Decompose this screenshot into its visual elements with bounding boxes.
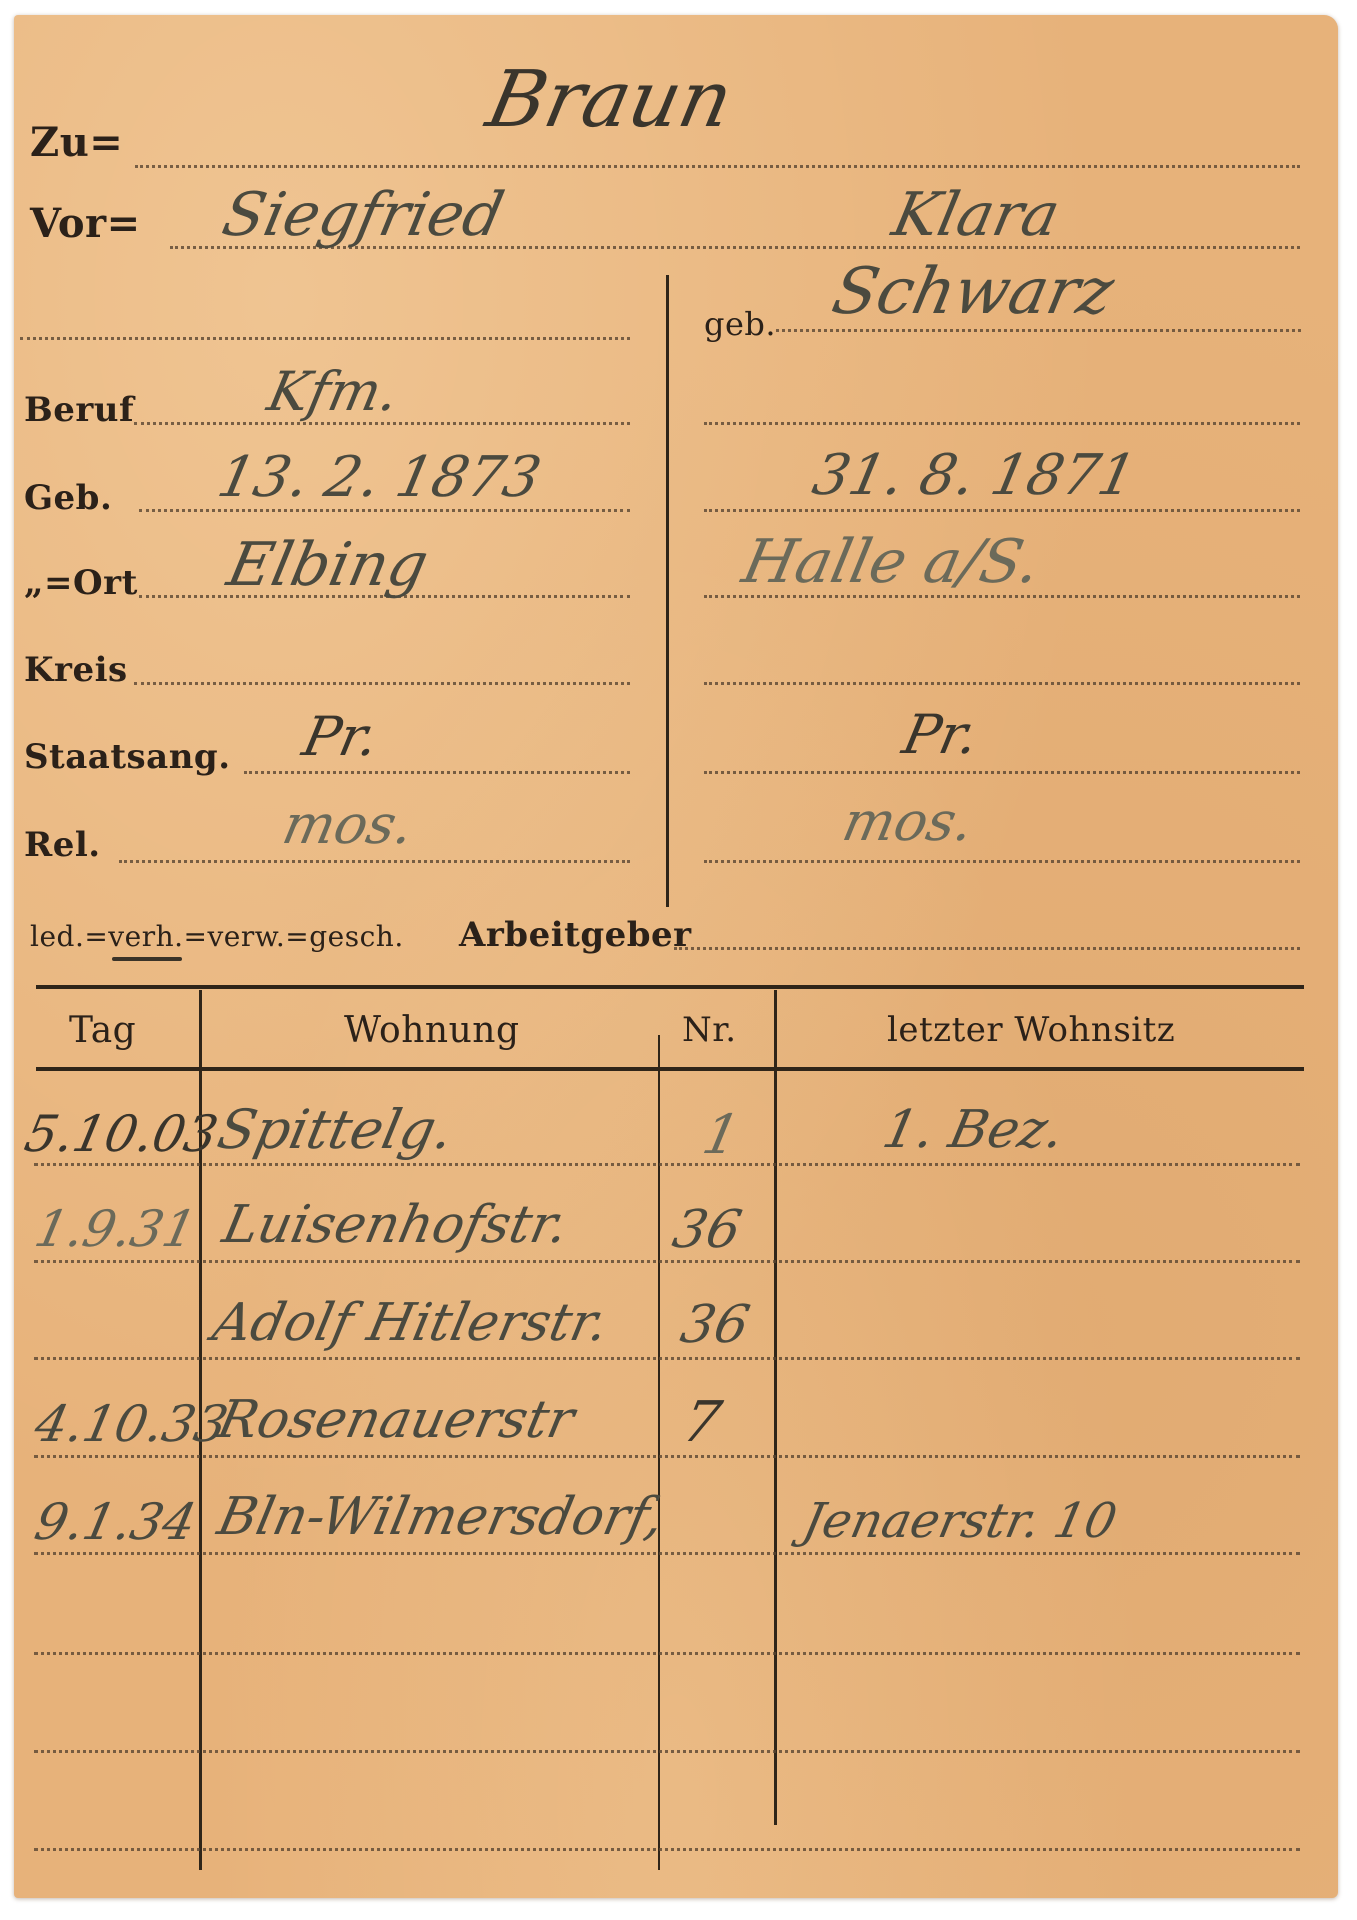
birth-date-line-right — [704, 509, 1300, 512]
center-divider — [666, 275, 669, 907]
husband-firstname: Siegfried — [217, 180, 510, 250]
wife-birth-date: 31. 8. 1871 — [807, 443, 1141, 508]
row-date: 5.10.03 — [20, 1105, 223, 1163]
header-date: Tag — [69, 1010, 136, 1051]
row-line — [34, 1750, 1300, 1753]
birth-date-label: Geb. — [24, 478, 112, 518]
row-last-residence: 1. Bez. — [878, 1100, 1070, 1160]
table-header-border — [36, 1067, 1304, 1071]
row-number: 7 — [677, 1390, 726, 1455]
row-number: 36 — [668, 1200, 747, 1260]
religion-label: Rel. — [24, 825, 101, 865]
row-line — [34, 1848, 1300, 1851]
marital-status-selected-mark — [112, 957, 182, 961]
header-number: Nr. — [682, 1010, 737, 1050]
row-line — [34, 1357, 1300, 1360]
row-date: 4.10.33 — [30, 1395, 233, 1453]
firstname-label: Vor= — [30, 200, 141, 247]
row-line — [34, 1652, 1300, 1655]
district-label: Kreis — [24, 650, 128, 690]
maiden-label: geb. — [704, 305, 776, 343]
surname-line — [135, 165, 1300, 168]
row-residence: Luisenhofstr. — [218, 1195, 574, 1255]
wife-firstname: Klara — [887, 180, 1066, 250]
surname-label: Zu= — [30, 119, 123, 166]
row-number: 1 — [697, 1103, 745, 1166]
row-line — [34, 1163, 1300, 1166]
employer-label: Arbeitgeber — [459, 915, 692, 955]
occupation-label: Beruf — [24, 390, 134, 430]
row-date: 1.9.31 — [30, 1200, 201, 1258]
table-top-border — [36, 985, 1304, 989]
row-last-residence: Jenaerstr. 10 — [798, 1493, 1122, 1549]
left-blank-line — [20, 337, 630, 340]
religion-line-left — [119, 860, 630, 863]
header-residence: Wohnung — [344, 1010, 520, 1051]
table-col-divider-residence — [658, 1035, 660, 1870]
citizenship-line-right — [704, 771, 1300, 774]
husband-occupation: Kfm. — [262, 360, 404, 423]
table-col-divider-number — [774, 990, 777, 1825]
wife-birth-place: Halle a/S. — [737, 527, 1047, 597]
row-number: 36 — [676, 1295, 755, 1355]
citizenship-line-left — [244, 771, 630, 774]
husband-birth-date: 13. 2. 1873 — [212, 445, 546, 510]
citizenship-label: Staatsang. — [24, 737, 231, 777]
district-line-left — [134, 682, 630, 685]
maiden-line — [776, 329, 1301, 332]
husband-citizenship: Pr. — [297, 705, 384, 768]
row-residence: Rosenauerstr — [213, 1390, 580, 1450]
row-residence: Spittelg. — [212, 1098, 459, 1161]
district-line-right — [704, 682, 1300, 685]
husband-birth-place: Elbing — [222, 530, 435, 600]
row-residence: Adolf Hitlerstr. — [208, 1293, 614, 1353]
row-line — [34, 1552, 1300, 1555]
wife-maiden-name: Schwarz — [826, 255, 1120, 329]
header-last-residence: letzter Wohnsitz — [887, 1010, 1175, 1050]
registration-card: Zu= Braun Vor= Siegfried Klara geb. Schw… — [14, 15, 1338, 1898]
occupation-line-right — [704, 422, 1300, 425]
wife-religion: mos. — [837, 790, 979, 853]
wife-citizenship: Pr. — [897, 703, 984, 766]
religion-line-right — [704, 860, 1300, 863]
marital-status-options: led.=verh.=verw.=gesch. — [30, 920, 404, 953]
row-residence: Bln-Wilmersdorf, — [213, 1487, 670, 1547]
employer-line — [674, 947, 1300, 950]
row-line — [34, 1455, 1300, 1458]
row-date: 9.1.34 — [30, 1493, 201, 1551]
surname-value: Braun — [479, 55, 740, 145]
husband-religion: mos. — [277, 793, 419, 856]
row-line — [34, 1260, 1300, 1263]
birth-place-label: „=Ort — [24, 563, 138, 603]
